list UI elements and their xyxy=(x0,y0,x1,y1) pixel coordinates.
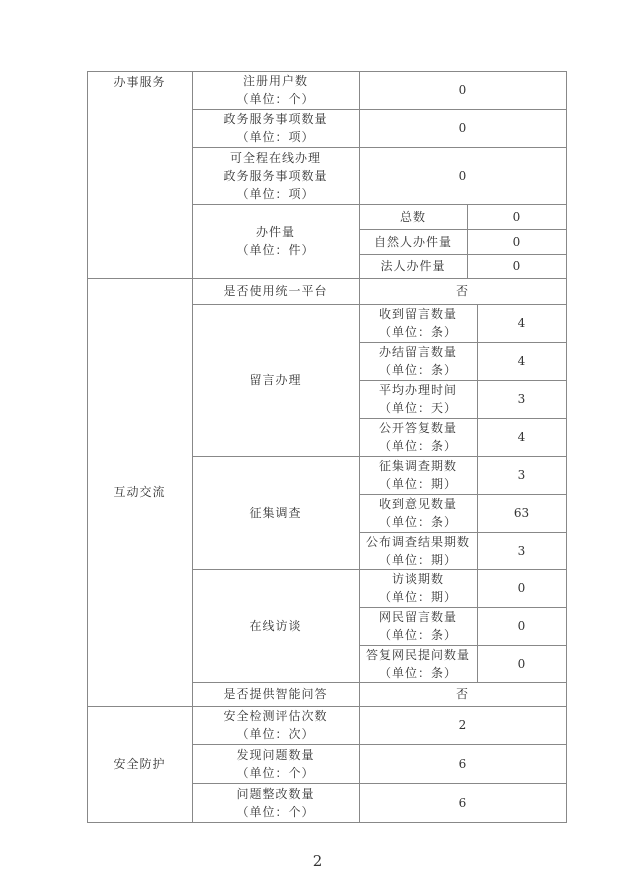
row-line xyxy=(192,682,567,683)
messages-received-value: 4 xyxy=(477,304,566,342)
row-line xyxy=(359,229,567,230)
unified-platform-label: 是否使用统一平台 xyxy=(192,278,359,304)
col-divider-2 xyxy=(359,71,360,823)
section-divider-1 xyxy=(87,278,567,279)
row-line xyxy=(359,532,567,533)
messages-avg-time-label: 平均办理时间 （单位：天） xyxy=(359,380,477,418)
survey-results-label: 公布调查结果期数 （单位：期） xyxy=(359,532,477,569)
survey-opinions-value: 63 xyxy=(477,494,566,532)
volume-label: 办件量 （单位：件） xyxy=(192,204,359,278)
volume-natural-person-value: 0 xyxy=(467,229,566,254)
survey-periods-label: 征集调查期数 （单位：期） xyxy=(359,456,477,494)
section-title-security: 安全防护 xyxy=(87,706,192,822)
interview-periods-label: 访谈期数 （单位：期） xyxy=(359,569,477,607)
interview-messages-value: 0 xyxy=(477,607,566,645)
volume-sub-divider xyxy=(467,204,468,278)
interaction-sub-divider xyxy=(477,304,478,682)
col-divider-1 xyxy=(192,71,193,823)
volume-total-value: 0 xyxy=(467,204,566,229)
row-service-items-label: 政务服务事项数量 （单位：项） xyxy=(192,109,359,147)
survey-label: 征集调查 xyxy=(192,456,359,569)
interview-label: 在线访谈 xyxy=(192,569,359,682)
messages-public-reply-label: 公开答复数量 （单位：条） xyxy=(359,418,477,456)
border-left xyxy=(87,71,88,823)
interview-replies-label: 答复网民提问数量 （单位：条） xyxy=(359,645,477,682)
unified-platform-value: 否 xyxy=(359,278,566,304)
volume-legal-person-label: 法人办件量 xyxy=(359,254,467,278)
security-issues-fixed-label: 问题整改数量 （单位：个） xyxy=(192,783,359,822)
security-issues-found-value: 6 xyxy=(359,744,566,783)
row-registered-users-value: 0 xyxy=(359,71,566,109)
row-line xyxy=(359,494,567,495)
smart-qa-value: 否 xyxy=(359,682,566,706)
border-top xyxy=(87,71,567,72)
security-issues-fixed-value: 6 xyxy=(359,783,566,822)
interview-periods-value: 0 xyxy=(477,569,566,607)
row-line xyxy=(192,204,567,205)
row-line xyxy=(359,254,567,255)
section-title-service: 办事服务 xyxy=(87,71,192,278)
row-line xyxy=(359,645,567,646)
security-issues-found-label: 发现问题数量 （单位：个） xyxy=(192,744,359,783)
row-line xyxy=(192,456,567,457)
row-online-items-value: 0 xyxy=(359,147,566,204)
row-online-items-label: 可全程在线办理 政务服务事项数量 （单位：项） xyxy=(192,147,359,204)
messages-label: 留言办理 xyxy=(192,304,359,456)
border-bottom xyxy=(87,822,567,823)
row-line xyxy=(359,418,567,419)
survey-results-value: 3 xyxy=(477,532,566,569)
section-divider-2 xyxy=(87,706,567,707)
row-line xyxy=(192,109,567,110)
survey-periods-value: 3 xyxy=(477,456,566,494)
row-line xyxy=(359,607,567,608)
smart-qa-label: 是否提供智能问答 xyxy=(192,682,359,706)
row-line xyxy=(192,147,567,148)
page-number: 2 xyxy=(0,852,635,870)
volume-legal-person-value: 0 xyxy=(467,254,566,278)
interview-messages-label: 网民留言数量 （单位：条） xyxy=(359,607,477,645)
row-line xyxy=(192,304,567,305)
volume-natural-person-label: 自然人办件量 xyxy=(359,229,467,254)
border-right xyxy=(566,71,567,823)
row-registered-users-label: 注册用户数 （单位：个） xyxy=(192,71,359,109)
messages-resolved-label: 办结留言数量 （单位：条） xyxy=(359,342,477,380)
security-assessments-value: 2 xyxy=(359,706,566,744)
survey-opinions-label: 收到意见数量 （单位：条） xyxy=(359,494,477,532)
volume-total-label: 总数 xyxy=(359,204,467,229)
messages-avg-time-value: 3 xyxy=(477,380,566,418)
interview-replies-value: 0 xyxy=(477,645,566,682)
row-line xyxy=(359,342,567,343)
messages-resolved-value: 4 xyxy=(477,342,566,380)
row-line xyxy=(192,744,567,745)
messages-received-label: 收到留言数量 （单位：条） xyxy=(359,304,477,342)
row-line xyxy=(192,569,567,570)
row-line xyxy=(192,783,567,784)
messages-public-reply-value: 4 xyxy=(477,418,566,456)
security-assessments-label: 安全检测评估次数 （单位：次） xyxy=(192,706,359,744)
row-service-items-value: 0 xyxy=(359,109,566,147)
row-line xyxy=(359,380,567,381)
section-title-interaction: 互动交流 xyxy=(87,278,192,706)
